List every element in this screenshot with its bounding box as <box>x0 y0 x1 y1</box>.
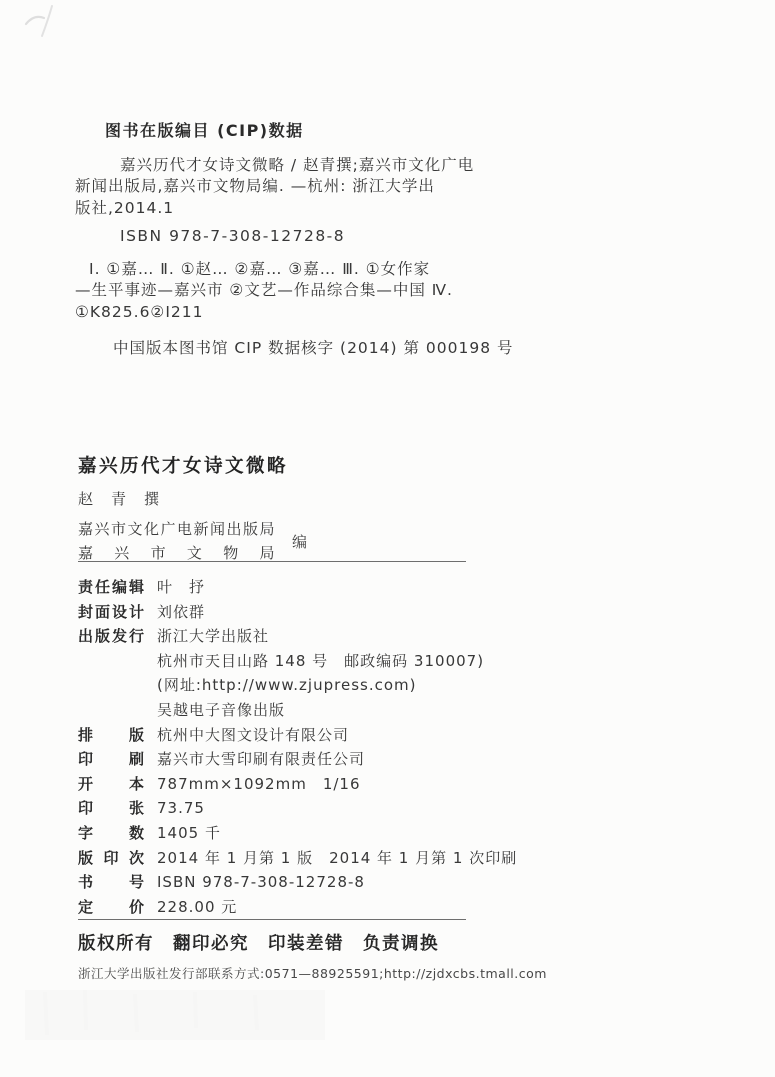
colophon-value: 嘉兴市大雪印刷有限责任公司 <box>157 747 365 772</box>
cip-description-line: 版社,2014.1 <box>75 198 505 220</box>
colophon-label: 责任编辑 <box>78 575 144 600</box>
publisher-line-1: 嘉兴市文化广电新闻出版局 <box>78 518 276 542</box>
cip-record-number: 中国版本图书馆 CIP 数据核字 (2014) 第 000198 号 <box>75 338 505 360</box>
colophon-label: 书号 <box>78 870 144 895</box>
book-copyright-page: 图书在版编目 (CIP)数据 嘉兴历代才女诗文微略 / 赵青撰;嘉兴市文化广电 … <box>0 0 775 1077</box>
colophon-value: (网址:http://www.zjupress.com) <box>157 673 416 698</box>
footer-block: 版权所有 翻印必究 印装差错 负责调换 浙江大学出版社发行部联系方式:0571—… <box>78 930 547 982</box>
colophon-value: ISBN 978-7-308-12728-8 <box>157 870 365 895</box>
colophon-value: 1405 千 <box>157 821 221 846</box>
cip-description-line: 新闻出版局,嘉兴市文物局编. —杭州: 浙江大学出 <box>75 176 505 198</box>
colophon-value: 刘依群 <box>157 600 205 625</box>
cip-isbn: ISBN 978-7-308-12728-8 <box>75 226 505 248</box>
copyright-notice: 版权所有 翻印必究 印装差错 负责调换 <box>78 930 547 955</box>
book-title: 嘉兴历代才女诗文微略 <box>78 452 307 478</box>
colophon-value: 787mm×1092mm 1/16 <box>157 772 361 797</box>
colophon-row: 杭州市天目山路 148 号 邮政编码 310007) <box>78 649 517 674</box>
colophon-value: 228.00 元 <box>157 895 237 920</box>
editor-mark: 编 <box>292 531 307 552</box>
colophon-value: 杭州市天目山路 148 号 邮政编码 310007) <box>157 649 484 674</box>
divider-rule-bottom <box>78 919 466 920</box>
colophon-label <box>78 673 144 698</box>
publisher-org-lines: 嘉兴市文化广电新闻出版局 嘉兴市文物局 <box>78 518 276 565</box>
colophon-row: 封面设计刘依群 <box>78 600 517 625</box>
publisher-orgs: 嘉兴市文化广电新闻出版局 嘉兴市文物局 编 <box>78 518 307 565</box>
colophon-row: 字数1405 千 <box>78 821 517 846</box>
colophon-label: 版印次 <box>78 846 144 871</box>
cip-classification-line: ①K825.6②I211 <box>75 302 505 324</box>
colophon-table: 责任编辑叶 抒 封面设计刘依群 出版发行浙江大学出版社 杭州市天目山路 148 … <box>78 575 517 919</box>
cip-classification-line: Ⅰ. ①嘉… Ⅱ. ①赵… ②嘉… ③嘉… Ⅲ. ①女作家 <box>75 259 505 281</box>
colophon-label <box>78 649 144 674</box>
colophon-row: (网址:http://www.zjupress.com) <box>78 673 517 698</box>
cip-classification-line: —生平事迹—嘉兴市 ②文艺—作品综合集—中国 Ⅳ. <box>75 280 505 302</box>
colophon-value: 吴越电子音像出版 <box>157 698 285 723</box>
scan-artifact-mark <box>18 2 78 42</box>
colophon-row: 责任编辑叶 抒 <box>78 575 517 600</box>
colophon-value: 浙江大学出版社 <box>157 624 269 649</box>
publisher-contact: 浙江大学出版社发行部联系方式:0571—88925591;http://zjdx… <box>78 964 547 982</box>
divider-rule-top <box>78 561 466 562</box>
colophon-row: 开本787mm×1092mm 1/16 <box>78 772 517 797</box>
colophon-label <box>78 698 144 723</box>
colophon-label: 排版 <box>78 723 144 748</box>
cip-heading: 图书在版编目 (CIP)数据 <box>75 120 505 142</box>
colophon-label: 字数 <box>78 821 144 846</box>
colophon-row: 印张73.75 <box>78 796 517 821</box>
colophon-label: 印张 <box>78 796 144 821</box>
author-line: 赵 青 撰 <box>78 488 307 509</box>
colophon-label: 印刷 <box>78 747 144 772</box>
colophon-row: 版印次2014 年 1 月第 1 版 2014 年 1 月第 1 次印刷 <box>78 846 517 871</box>
colophon-value: 73.75 <box>157 796 205 821</box>
colophon-label: 封面设计 <box>78 600 144 625</box>
colophon-row: 印刷嘉兴市大雪印刷有限责任公司 <box>78 747 517 772</box>
colophon-value: 2014 年 1 月第 1 版 2014 年 1 月第 1 次印刷 <box>157 846 517 871</box>
colophon-row: 出版发行浙江大学出版社 <box>78 624 517 649</box>
colophon-label: 开本 <box>78 772 144 797</box>
colophon-value: 叶 抒 <box>157 575 205 600</box>
cip-block: 图书在版编目 (CIP)数据 嘉兴历代才女诗文微略 / 赵青撰;嘉兴市文化广电 … <box>75 120 505 360</box>
title-block: 嘉兴历代才女诗文微略 赵 青 撰 嘉兴市文化广电新闻出版局 嘉兴市文物局 编 <box>78 452 307 565</box>
cip-description-line: 嘉兴历代才女诗文微略 / 赵青撰;嘉兴市文化广电 <box>75 155 505 177</box>
colophon-row: 书号ISBN 978-7-308-12728-8 <box>78 870 517 895</box>
colophon-label: 出版发行 <box>78 624 144 649</box>
scan-smudge <box>25 980 355 1050</box>
colophon-value: 杭州中大图文设计有限公司 <box>157 723 349 748</box>
colophon-row: 排版杭州中大图文设计有限公司 <box>78 723 517 748</box>
colophon-row: 定价228.00 元 <box>78 895 517 920</box>
colophon-label: 定价 <box>78 895 144 920</box>
colophon-row: 吴越电子音像出版 <box>78 698 517 723</box>
